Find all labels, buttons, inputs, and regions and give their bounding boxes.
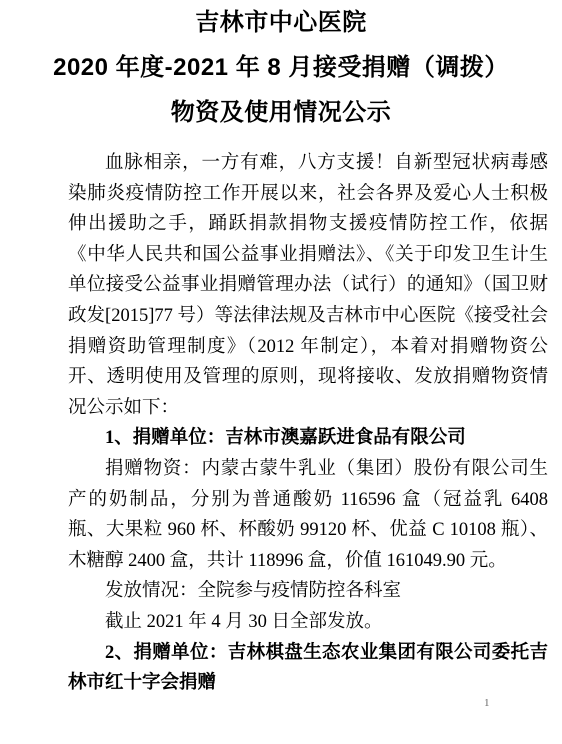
document-title: 吉林市中心医院 2020 年度-2021 年 8 月接受捐赠（调拨） 物资及使用… bbox=[0, 0, 562, 135]
title-line-hospital: 吉林市中心医院 bbox=[0, 0, 562, 45]
intro-paragraph: 血脉相亲，一方有难，八方支援！自新型冠状病毒感染肺炎疫情防控工作开展以来，社会各… bbox=[68, 148, 548, 423]
donor-1-materials-paragraph: 捐赠物资：内蒙古蒙牛乳业（集团）股份有限公司生产的奶制品，分别为普通酸奶 116… bbox=[68, 454, 548, 576]
title-line-subject: 物资及使用情况公示 bbox=[0, 90, 562, 135]
donor-1-completion-line: 截止 2021 年 4 月 30 日全部发放。 bbox=[68, 607, 548, 638]
title-line-period: 2020 年度-2021 年 8 月接受捐赠（调拨） bbox=[0, 45, 562, 90]
donor-1-distribution-line: 发放情况：全院参与疫情防控各科室 bbox=[68, 576, 548, 607]
document-body: 血脉相亲，一方有难，八方支援！自新型冠状病毒感染肺炎疫情防控工作开展以来，社会各… bbox=[68, 148, 548, 699]
document-page: 吉林市中心医院 2020 年度-2021 年 8 月接受捐赠（调拨） 物资及使用… bbox=[0, 0, 562, 744]
donor-1-heading: 1、捐赠单位：吉林市澳嘉跃进食品有限公司 bbox=[68, 423, 548, 454]
donor-2-heading: 2、捐赠单位：吉林棋盘生态农业集团有限公司委托吉林市红十字会捐赠 bbox=[68, 638, 548, 699]
page-number: 1 bbox=[484, 697, 490, 709]
